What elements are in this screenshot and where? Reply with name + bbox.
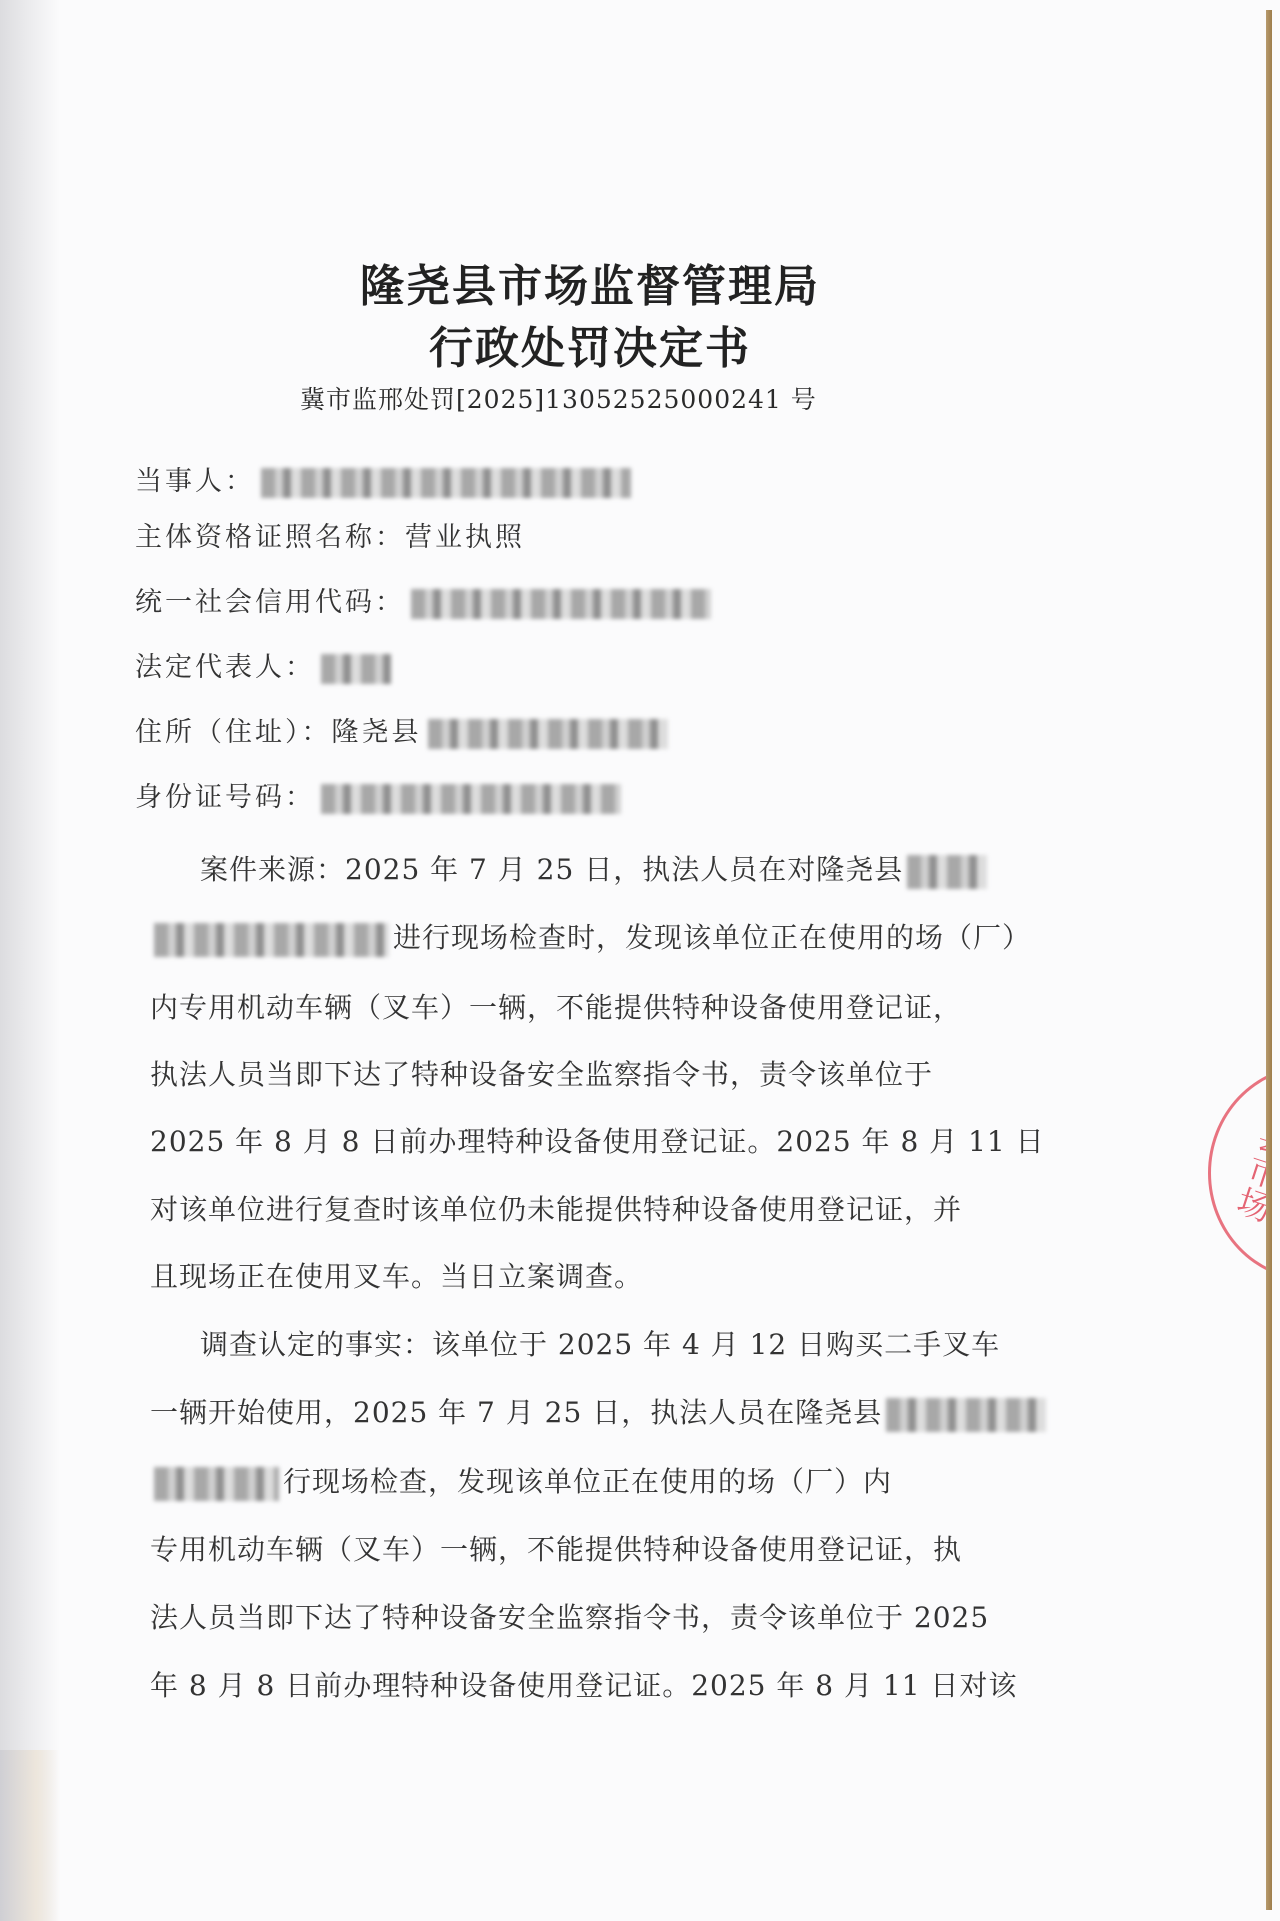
redacted-block <box>154 923 389 957</box>
case-source-line: 执法人员当即下达了特种设备安全监察指令书，责令该单位于 <box>150 1055 1120 1095</box>
license-type-field: 主体资格证照名称：营业执照 <box>135 518 525 558</box>
redacted-block <box>261 468 631 498</box>
redacted-block <box>428 719 668 749</box>
address-value: 隆尧县 <box>332 717 422 748</box>
document-title-type: 行政处罚决定书 <box>30 312 1150 376</box>
credit-code-label: 统一社会信用代码： <box>135 587 405 618</box>
facts-line: 行现场检查，发现该单位正在使用的场（厂）内 <box>150 1462 1120 1502</box>
document-number: 冀市监邢处罚[2025]13052525000241 号 <box>300 380 817 416</box>
credit-code-field: 统一社会信用代码： <box>135 583 711 623</box>
redacted-block <box>907 855 987 889</box>
case-source-line: 对该单位进行复查时该单位仍未能提供特种设备使用登记证，并 <box>150 1190 1120 1230</box>
line-text: 案件来源：2025 年 7 月 25 日，执法人员在对隆尧县 <box>200 853 903 886</box>
line-text: 一辆开始使用，2025 年 7 月 25 日，执法人员在隆尧县 <box>150 1396 882 1429</box>
address-label: 住所（住址）： <box>135 717 332 748</box>
party-name-field: 当事人： <box>135 462 631 502</box>
address-field: 住所（住址）：隆尧县 <box>135 713 668 753</box>
facts-line: 法人员当即下达了特种设备安全监察指令书，责令该单位于 2025 <box>150 1598 1120 1638</box>
case-source-line: 2025 年 8 月 8 日前办理特种设备使用登记证。2025 年 8 月 11… <box>150 1122 1120 1162</box>
case-source-line: 案件来源：2025 年 7 月 25 日，执法人员在对隆尧县 <box>200 850 1170 890</box>
redacted-block <box>411 589 711 619</box>
page-right-edge <box>1266 0 1280 1921</box>
redacted-block <box>154 1467 279 1501</box>
license-type-label: 主体资格证照名称： <box>135 522 405 553</box>
legal-rep-label: 法定代表人： <box>135 652 315 683</box>
id-number-field: 身份证号码： <box>135 778 621 818</box>
document-title-agency: 隆尧县市场监督管理局 <box>30 250 1150 314</box>
facts-line: 专用机动车辆（叉车）一辆，不能提供特种设备使用登记证，执 <box>150 1530 1120 1570</box>
document-page: 隆尧县市场监督管理局 行政处罚决定书 冀市监邢处罚[2025]130525250… <box>0 0 1266 1921</box>
redacted-block <box>886 1398 1046 1432</box>
facts-line: 年 8 月 8 日前办理特种设备使用登记证。2025 年 8 月 11 日对该 <box>150 1666 1120 1706</box>
license-type-value: 营业执照 <box>405 522 525 553</box>
line-text: 调查认定的事实：该单位于 2025 年 4 月 12 日购买二手叉车 <box>200 1328 1000 1361</box>
facts-line: 调查认定的事实：该单位于 2025 年 4 月 12 日购买二手叉车 <box>200 1325 1170 1365</box>
legal-rep-field: 法定代表人： <box>135 648 391 688</box>
line-text: 行现场检查，发现该单位正在使用的场（厂）内 <box>283 1465 892 1498</box>
case-source-line: 进行现场检查时，发现该单位正在使用的场（厂） <box>150 918 1120 958</box>
id-number-label: 身份证号码： <box>135 782 315 813</box>
binder-edge <box>1266 10 1272 1910</box>
redacted-block <box>321 784 621 814</box>
party-name-label: 当事人： <box>135 466 255 497</box>
redacted-block <box>321 654 391 684</box>
line-text: 进行现场检查时，发现该单位正在使用的场（厂） <box>393 921 1031 954</box>
case-source-line: 内专用机动车辆（叉车）一辆，不能提供特种设备使用登记证， <box>150 988 1120 1028</box>
facts-line: 一辆开始使用，2025 年 7 月 25 日，执法人员在隆尧县 <box>150 1393 1120 1433</box>
case-source-line: 且现场正在使用叉车。当日立案调查。 <box>150 1257 1120 1297</box>
